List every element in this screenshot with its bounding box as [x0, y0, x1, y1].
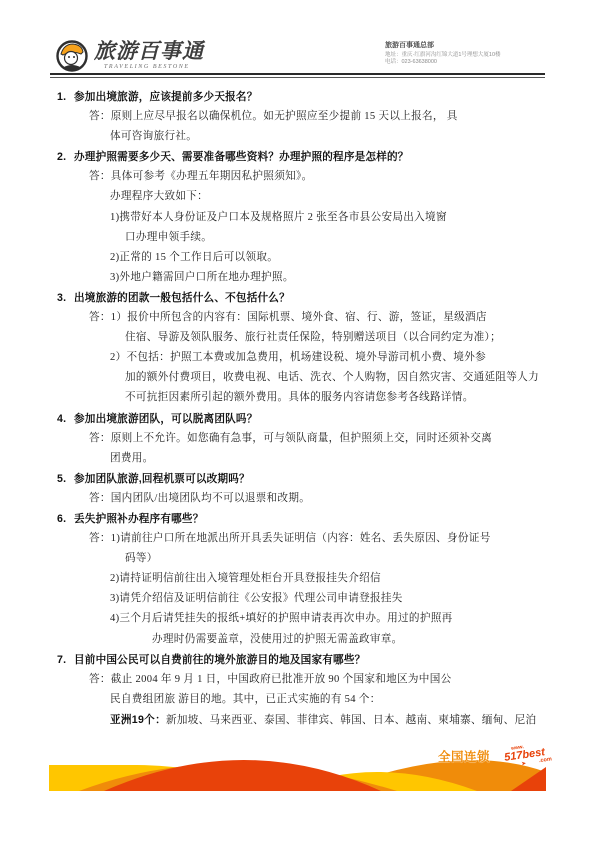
- qa-question-number: 5.: [52, 469, 74, 489]
- brand-logo: 旅游百事通 TRAVELING BESTONE: [56, 40, 204, 72]
- qa-question-number: 1.: [52, 87, 74, 107]
- header-divider: [50, 73, 545, 78]
- qa-answer-line: 答：截止 2004 年 9 月 1 日，中国政府已批准开放 90 个国家和地区为…: [52, 670, 549, 690]
- brand-name-cn: 旅游百事通: [94, 40, 204, 62]
- qa-answer-line: 2)正常的 15 个工作日后可以领取。: [52, 248, 549, 268]
- qa-answer-line: 答：国内团队/出境团队均不可以退票和改期。: [52, 489, 549, 509]
- qa-answer-line: 办理时仍需要盖章，没使用过的护照无需盖政审章。: [52, 630, 549, 650]
- qa-question: 6.丢失护照补办程序有哪些？: [52, 509, 549, 529]
- qa-answer-line: 加的额外付费项目，收费电视、电话、洗衣、个人购物，因自然灾害、交通延阻等人力: [52, 368, 549, 388]
- page-header: 旅游百事通 TRAVELING BESTONE 旅游百事通总部 地址：重庆·红旗…: [50, 0, 545, 76]
- headquarters-address: 地址：重庆·红旗河沟红锦大道1号理想大厦10楼: [385, 52, 545, 60]
- qa-question-number: 2.: [52, 147, 74, 167]
- qa-answer-bold-prefix: 亚洲19个：: [110, 714, 166, 726]
- qa-answer-line: 3)请凭介绍信及证明信前往《公安报》代理公司申请登报挂失: [52, 589, 549, 609]
- qa-question: 1.参加出境旅游，应该提前多少天报名？: [52, 87, 549, 107]
- qa-answer-line: 住宿、导游及领队服务、旅行社责任保险，特别赠送项目（以合同约定为准）；: [52, 328, 549, 348]
- headquarters-phone: 电话：023-63638000: [385, 59, 545, 67]
- qa-question: 4.参加出境旅游团队，可以脱离团队吗？: [52, 409, 549, 429]
- qa-question-number: 6.: [52, 509, 74, 529]
- footer-band: 全国连锁 www. 517best .com ➤: [49, 748, 546, 791]
- qa-answer-line: 口办理申领手续。: [52, 228, 549, 248]
- qa-question-text: 参加团队旅游,回程机票可以改期吗？: [74, 469, 250, 489]
- qa-answer-line: 体可咨询旅行社。: [52, 127, 549, 147]
- document-page: 旅游百事通 TRAVELING BESTONE 旅游百事通总部 地址：重庆·红旗…: [0, 0, 595, 842]
- brand-text: 旅游百事通 TRAVELING BESTONE: [94, 40, 204, 70]
- qa-answer-line: 2)请持证明信前往出入境管理处柜台开具登报挂失介绍信: [52, 569, 549, 589]
- qa-question-number: 4.: [52, 409, 74, 429]
- qa-answer-line: 答：1）报价中所包含的内容有：国际机票、境外食、宿、行、游，签证，星级酒店: [52, 308, 549, 328]
- qa-answer-line: 团费用。: [52, 449, 549, 469]
- mascot-icon: [56, 40, 88, 72]
- site-logo: www. 517best .com ➤: [503, 738, 562, 770]
- qa-answer-line: 2）不包括：护照工本费或加急费用，机场建设税、境外导游司机小费、境外参: [52, 348, 549, 368]
- qa-answer-line: 答：1)请前往户口所在地派出所开具丢失证明信（内容：姓名、丢失原因、身份证号: [52, 529, 549, 549]
- qa-question-text: 参加出境旅游团队，可以脱离团队吗？: [74, 409, 258, 429]
- qa-answer-line: 码等）: [52, 549, 549, 569]
- chain-label: 全国连锁: [438, 747, 490, 765]
- qa-answer-line: 民自费组团旅 游目的地。其中，已正式实施的有 54 个：: [52, 690, 549, 710]
- qa-question-text: 办理护照需要多少天、需要准备哪些资料？办理护照的程序是怎样的？: [74, 147, 409, 167]
- qa-question-number: 3.: [52, 288, 74, 308]
- qa-answer-line: 办理程序大致如下：: [52, 187, 549, 207]
- qa-answer-line: 3)外地户籍需回户口所在地办理护照。: [52, 268, 549, 288]
- qa-question: 7.目前中国公民可以自费前往的境外旅游目的地及国家有哪些？: [52, 650, 549, 670]
- qa-answer-line: 4)三个月后请凭挂失的报纸+填好的护照申请表再次申办。用过的护照再: [52, 609, 549, 629]
- cursor-icon: ➤: [521, 760, 527, 769]
- site-logo-tld: .com: [538, 754, 561, 765]
- qa-answer-line: 答：原则上不允许。如您确有急事，可与领队商量，但护照须上交，同时还须补交离: [52, 429, 549, 449]
- qa-question-text: 参加出境旅游，应该提前多少天报名？: [74, 87, 258, 107]
- qa-question-text: 目前中国公民可以自费前往的境外旅游目的地及国家有哪些？: [74, 650, 365, 670]
- qa-question-text: 丢失护照补办程序有哪些？: [74, 509, 204, 529]
- qa-question-text: 出境旅游的团款一般包括什么、不包括什么？: [74, 288, 290, 308]
- qa-question: 3.出境旅游的团款一般包括什么、不包括什么？: [52, 288, 549, 308]
- qa-question: 5.参加团队旅游,回程机票可以改期吗？: [52, 469, 549, 489]
- qa-answer-line: 答：具体可参考《办理五年期因私护照须知》。: [52, 167, 549, 187]
- qa-section: 1.参加出境旅游，应该提前多少天报名？答：原则上应尽早报名以确保机位。如无护照应…: [52, 87, 549, 731]
- headquarters-info: 旅游百事通总部 地址：重庆·红旗河沟红锦大道1号理想大厦10楼 电话：023-6…: [385, 42, 545, 67]
- qa-question: 2.办理护照需要多少天、需要准备哪些资料？办理护照的程序是怎样的？: [52, 147, 549, 167]
- qa-answer-line: 1)携带好本人身份证及户口本及规格照片 2 张至各市县公安局出入境窗: [52, 208, 549, 228]
- brand-name-en: TRAVELING BESTONE: [104, 64, 204, 70]
- qa-answer-line: 亚洲19个：新加坡、马来西亚、泰国、菲律宾、韩国、日本、越南、柬埔寨、缅甸、尼泊: [52, 710, 549, 731]
- qa-answer-line: 不可抗拒因素所引起的额外费用。具体的服务内容请您参考各线路详情。: [52, 388, 549, 408]
- headquarters-title: 旅游百事通总部: [385, 42, 545, 50]
- qa-answer-line: 答：原则上应尽早报名以确保机位。如无护照应至少提前 15 天以上报名， 具: [52, 107, 549, 127]
- qa-question-number: 7.: [52, 650, 74, 670]
